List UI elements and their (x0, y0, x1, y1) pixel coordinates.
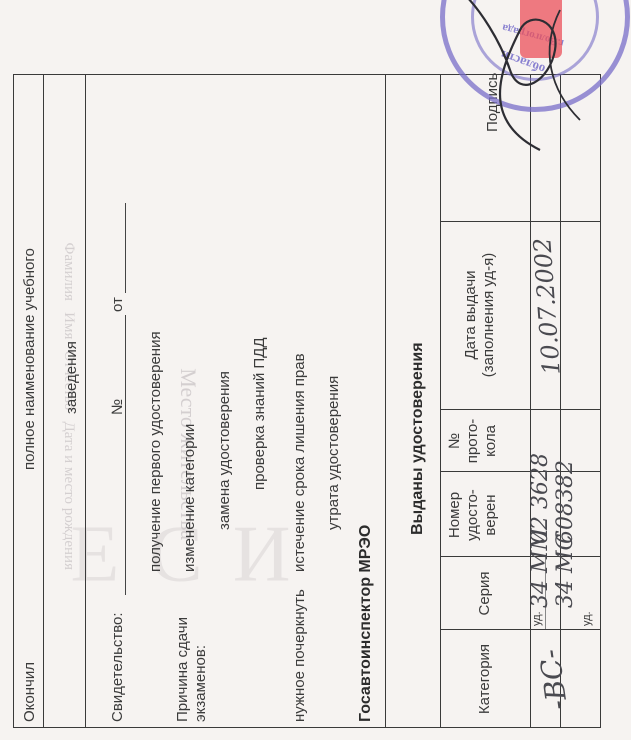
col-header-protocol: № прото- кола (446, 414, 500, 468)
certificate-number-label: № (110, 399, 125, 415)
number-value: 608382 (555, 460, 577, 544)
reason-option[interactable]: замена удостоверения (217, 371, 232, 530)
issued-title: Выданы удостоверения (410, 342, 426, 535)
number-value: 02 3628 (530, 453, 552, 544)
certificate-number-field[interactable] (125, 315, 126, 395)
col-header-series: Серия (476, 557, 494, 630)
table-col-line (440, 409, 600, 410)
col-header-number: Номер удосто- верен (446, 480, 500, 550)
exam-reason-label-2: экзаменов: (193, 645, 208, 722)
frame-left (13, 727, 600, 728)
table-col-line (440, 629, 600, 630)
certificate-date-label: от (110, 297, 125, 312)
row-divider (85, 74, 86, 728)
col-header-date: Дата выдачи (заполнения уд-я) (462, 230, 498, 400)
reason-option[interactable]: проверка знаний ПДД (252, 337, 267, 490)
row-prefix: уд. (532, 611, 543, 626)
school-hint-2: заведения (64, 341, 79, 414)
scanned-form: Фамилия Имя Отчество Дата и место рожден… (0, 0, 631, 740)
certificate-date-field[interactable] (125, 203, 126, 293)
row-divider (385, 74, 386, 728)
frame-bottom (600, 74, 601, 728)
row-prefix: уд. (582, 611, 593, 626)
strike-note: нужное почеркнуть (292, 589, 307, 722)
frame-top (13, 74, 14, 728)
row-divider (43, 74, 44, 728)
reason-option[interactable]: утрата удостоверения (326, 376, 341, 530)
graduated-label: Окончил (22, 662, 37, 722)
school-hint-1: полное наименование учебного (22, 248, 37, 470)
exam-reason-label-1: Причина сдачи (175, 617, 190, 722)
date-value: 10.07.2002 (530, 237, 564, 376)
series-value: 34 МС (555, 534, 577, 608)
certificate-number-line (125, 395, 126, 595)
signature (460, 0, 600, 160)
inspector-label: Госавтоинспектор МРЭО (358, 525, 374, 722)
reason-option[interactable]: истечение срока лишения прав (292, 353, 307, 572)
reason-option[interactable]: изменение категории (182, 424, 197, 572)
certificate-label: Свидетельство: (110, 612, 125, 722)
col-header-category: Категория (476, 630, 494, 728)
table-col-line (440, 221, 600, 222)
reason-option[interactable]: получение первого удостоверения (148, 331, 163, 572)
category-value: -ВС- (536, 647, 572, 711)
